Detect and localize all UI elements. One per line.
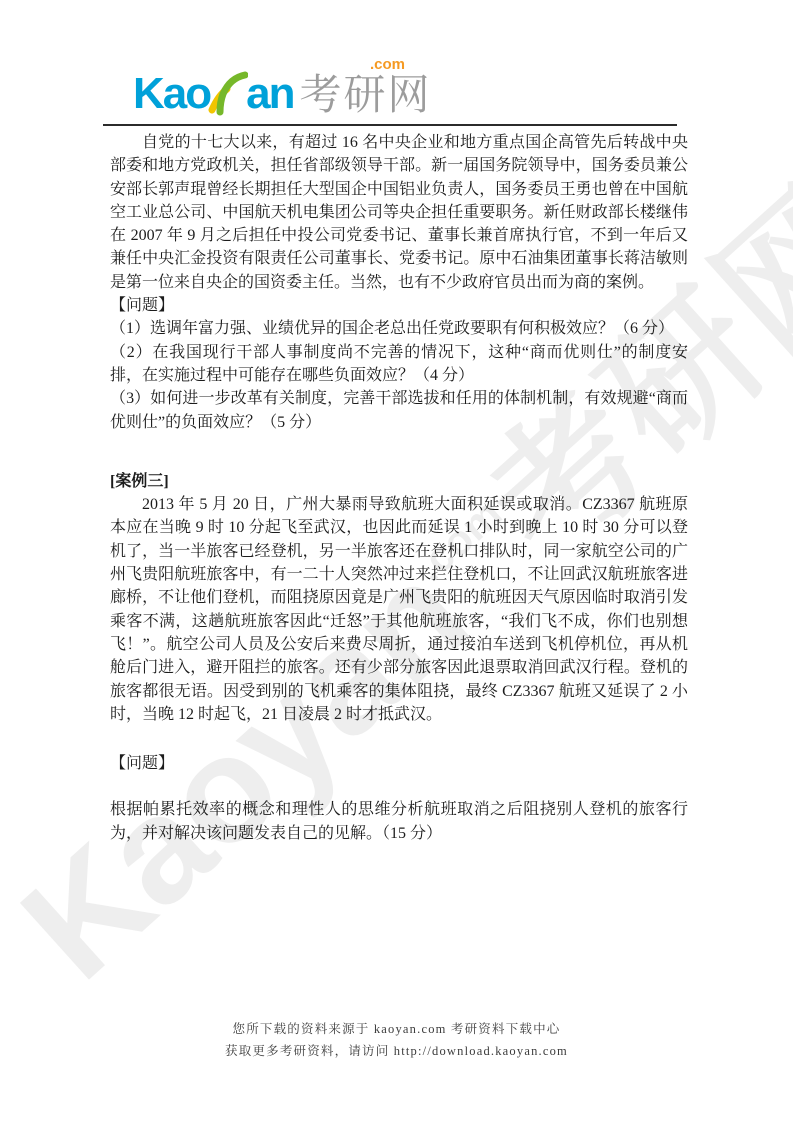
case2-background-paragraph: 自党的十七大以来，有超过 16 名中央企业和地方重点国企高管先后转战中央部委和地… [110,131,688,294]
logo-com-text: .com [370,56,405,73]
case3-paragraph: 2013 年 5 月 20 日，广州大暴雨导致航班大面积延误或取消。CZ3367… [110,493,688,726]
logo-an-text: an [246,72,293,116]
logo-cn-text: 考研网 [299,74,431,116]
header-divider [103,124,677,126]
case2-question-2: （2）在我国现行干部人事制度尚不完善的情况下，这种“商而优则仕”的制度安排，在实… [110,341,688,388]
case2-question-3: （3）如何进一步改革有关制度，完善干部选拔和任用的体制机制，有效规避“商而优则仕… [110,387,688,434]
case3-question-text: 根据帕累托效率的概念和理性人的思维分析航班取消之后阻挠别人登机的旅客行为，并对解… [110,798,688,845]
document-body: 自党的十七大以来，有超过 16 名中央企业和地方重点国企高管先后转战中央部委和地… [110,131,688,845]
case2-question-header: 【问题】 [110,294,688,317]
page-footer: 您所下载的资料来源于 kaoyan.com 考研资料下载中心 获取更多考研资料，… [0,1018,793,1062]
document-page: Kaoyan.com考研网 Kao an .com 考研网 自党的十七大以来，有… [0,0,793,1122]
logo-kao-text: Kao [133,72,210,116]
logo-swoosh-icon [208,70,248,116]
case2-question-1: （1）选调年富力强、业绩优异的国企老总出任党政要职有何积极效应？（6 分） [110,317,688,340]
footer-source-line: 您所下载的资料来源于 kaoyan.com 考研资料下载中心 [0,1018,793,1040]
case3-question-header: 【问题】 [110,752,688,775]
case3-title: [案例三] [110,470,688,493]
footer-download-url-line: 获取更多考研资料，请访问 http://download.kaoyan.com [0,1040,793,1062]
kaoyan-logo: Kao an .com 考研网 [133,58,432,116]
